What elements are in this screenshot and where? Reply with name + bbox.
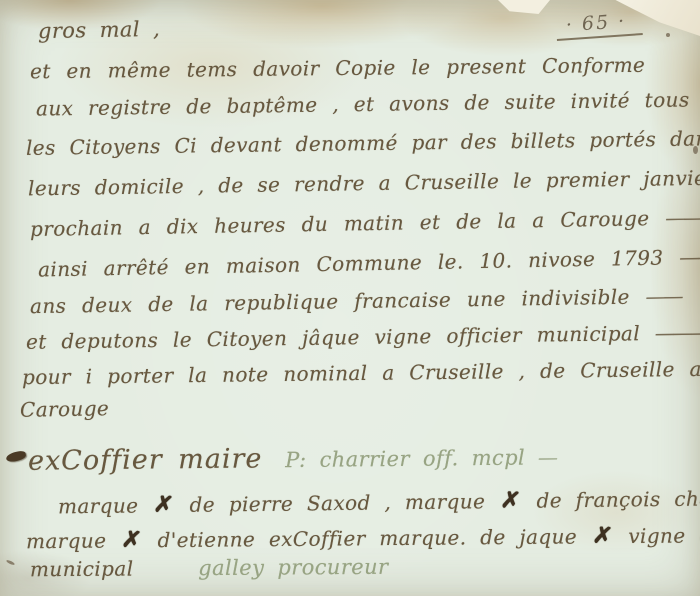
line-text: pour i porter la note nominal a Cruseill… xyxy=(22,357,700,389)
manuscript-line: prochain a dix heures du matin et de la … xyxy=(30,205,700,241)
line-text: ans deux de la republique francaise une … xyxy=(30,285,630,318)
manuscript-page: · 65 · gros mal , et en même tems davoir… xyxy=(0,0,700,596)
ink-blot xyxy=(5,450,26,463)
procureur-signature: galley procureur xyxy=(198,555,388,580)
cross-mark: ✗ xyxy=(120,525,143,554)
signature-line: exCoffier maire P: charrier off. mcpl — xyxy=(28,440,556,477)
line-text: vigne officier xyxy=(628,523,700,548)
line-text: marque xyxy=(26,529,107,554)
trailing-dash: ——— xyxy=(655,320,700,345)
manuscript-line: ainsi arrêté en maison Commune le. 10. n… xyxy=(38,245,700,282)
manuscript-line: gros mal , xyxy=(38,17,160,43)
line-text: municipal xyxy=(30,557,134,582)
line-text: de pierre Saxod , marque xyxy=(189,489,485,517)
line-text: les Citoyens Ci devant denommé par des b… xyxy=(26,126,700,160)
pencil-speck xyxy=(6,559,15,566)
officer-signature: P: charrier off. mcpl xyxy=(285,446,525,473)
manuscript-line: et deputons le Citoyen jâque vigne offic… xyxy=(26,320,700,354)
line-text: Carouge xyxy=(20,396,110,422)
marks-line: municipal galley procureur xyxy=(30,555,389,582)
cross-mark: ✗ xyxy=(499,486,522,515)
manuscript-line: ans deux de la republique francaise une … xyxy=(30,284,682,318)
cross-mark: ✗ xyxy=(153,490,176,519)
manuscript-line: pour i porter la note nominal a Cruseill… xyxy=(22,357,700,389)
trailing-dash: —— xyxy=(645,284,681,309)
line-text: leurs domicile , de se rendre a Cruseill… xyxy=(28,166,700,201)
trailing-dash: — xyxy=(538,445,556,469)
line-text: gros mal , xyxy=(38,17,160,43)
edge-speck xyxy=(666,33,670,37)
manuscript-line: aux registre de baptême , et avons de su… xyxy=(36,87,690,120)
line-text: ainsi arrêté en maison Commune le. 10. n… xyxy=(38,245,664,281)
manuscript-line: et en même tems davoir Copie le present … xyxy=(30,53,645,83)
edge-speck xyxy=(693,146,698,154)
line-text: prochain a dix heures du matin et de la … xyxy=(30,206,650,241)
manuscript-line: Carouge xyxy=(20,396,110,422)
cross-mark: ✗ xyxy=(591,521,614,550)
manuscript-line: les Citoyens Ci devant denommé par des b… xyxy=(26,126,700,160)
line-text: aux registre de baptême , et avons de su… xyxy=(36,87,690,120)
paper-nick xyxy=(498,0,550,14)
line-text: d'etienne exCoffier marque. de jaque xyxy=(157,524,577,552)
line-text: et deputons le Citoyen jâque vigne offic… xyxy=(26,321,640,354)
line-text: marque xyxy=(58,493,139,518)
line-text: et en même tems davoir Copie le present … xyxy=(30,53,645,83)
page-number: · 65 · xyxy=(555,9,643,41)
trailing-dash: —— xyxy=(679,245,700,270)
manuscript-line: leurs domicile , de se rendre a Cruseill… xyxy=(28,166,700,201)
mayor-signature: exCoffier maire xyxy=(28,443,263,476)
line-text: de françois chaspinne xyxy=(536,486,700,513)
marks-line: marque ✗ de pierre Saxod , marque ✗ de f… xyxy=(58,484,700,520)
trailing-dash: ——— xyxy=(665,205,700,230)
marks-line: marque ✗ d'etienne exCoffier marque. de … xyxy=(26,521,700,555)
